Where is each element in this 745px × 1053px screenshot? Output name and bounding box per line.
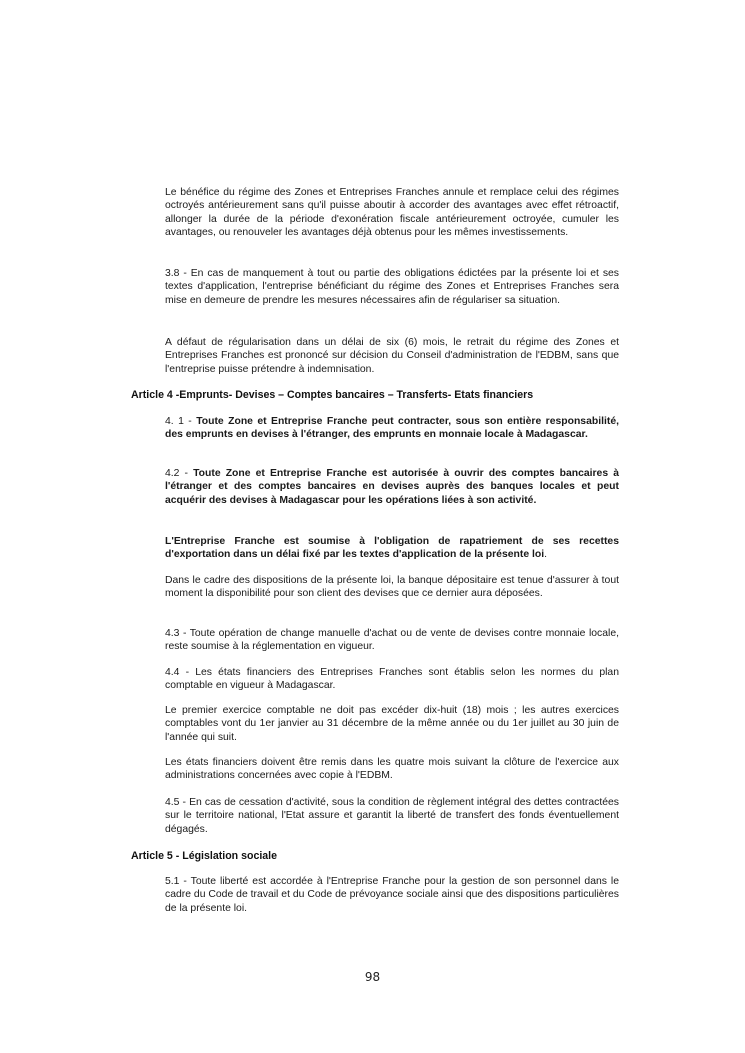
paragraph-4-1-number: 4. 1 - [165, 416, 196, 427]
paragraph-regime-benefit: Le bénéfice du régime des Zones et Entre… [165, 186, 619, 240]
paragraph-4-1-text: Toute Zone et Entreprise Franche peut co… [165, 416, 619, 440]
paragraph-4-2: 4.2 - Toute Zone et Entreprise Franche e… [165, 467, 619, 507]
paragraph-3-8: 3.8 - En cas de manquement à tout ou par… [165, 267, 619, 307]
paragraph-rapatriement: L'Entreprise Franche est soumise à l'obl… [165, 535, 619, 562]
paragraph-4-1: 4. 1 - Toute Zone et Entreprise Franche … [165, 415, 619, 442]
paragraph-4-5: 4.5 - En cas de cessation d'activité, so… [165, 796, 619, 836]
paragraph-4-4: 4.4 - Les états financiers des Entrepris… [165, 666, 619, 693]
paragraph-rapatriement-text: L'Entreprise Franche est soumise à l'obl… [165, 536, 619, 560]
paragraph-rapatriement-end: . [544, 549, 547, 560]
article-5-heading: Article 5 - Législation sociale [131, 850, 631, 863]
paragraph-4-3: 4.3 - Toute opération de change manuelle… [165, 627, 619, 654]
article-4-heading: Article 4 -Emprunts- Devises – Comptes b… [131, 389, 631, 402]
page-number: 98 [0, 970, 745, 984]
paragraph-exercice-comptable: Le premier exercice comptable ne doit pa… [165, 704, 619, 744]
document-page: Le bénéfice du régime des Zones et Entre… [0, 0, 745, 1053]
paragraph-etats-financiers: Les états financiers doivent être remis … [165, 756, 619, 783]
paragraph-defaut-regularisation: A défaut de régularisation dans un délai… [165, 336, 619, 376]
paragraph-4-2-text: Toute Zone et Entreprise Franche est aut… [165, 468, 619, 506]
paragraph-5-1: 5.1 - Toute liberté est accordée à l'Ent… [165, 875, 619, 915]
paragraph-4-2-number: 4.2 - [165, 468, 193, 479]
paragraph-banque-depositaire: Dans le cadre des dispositions de la pré… [165, 574, 619, 601]
